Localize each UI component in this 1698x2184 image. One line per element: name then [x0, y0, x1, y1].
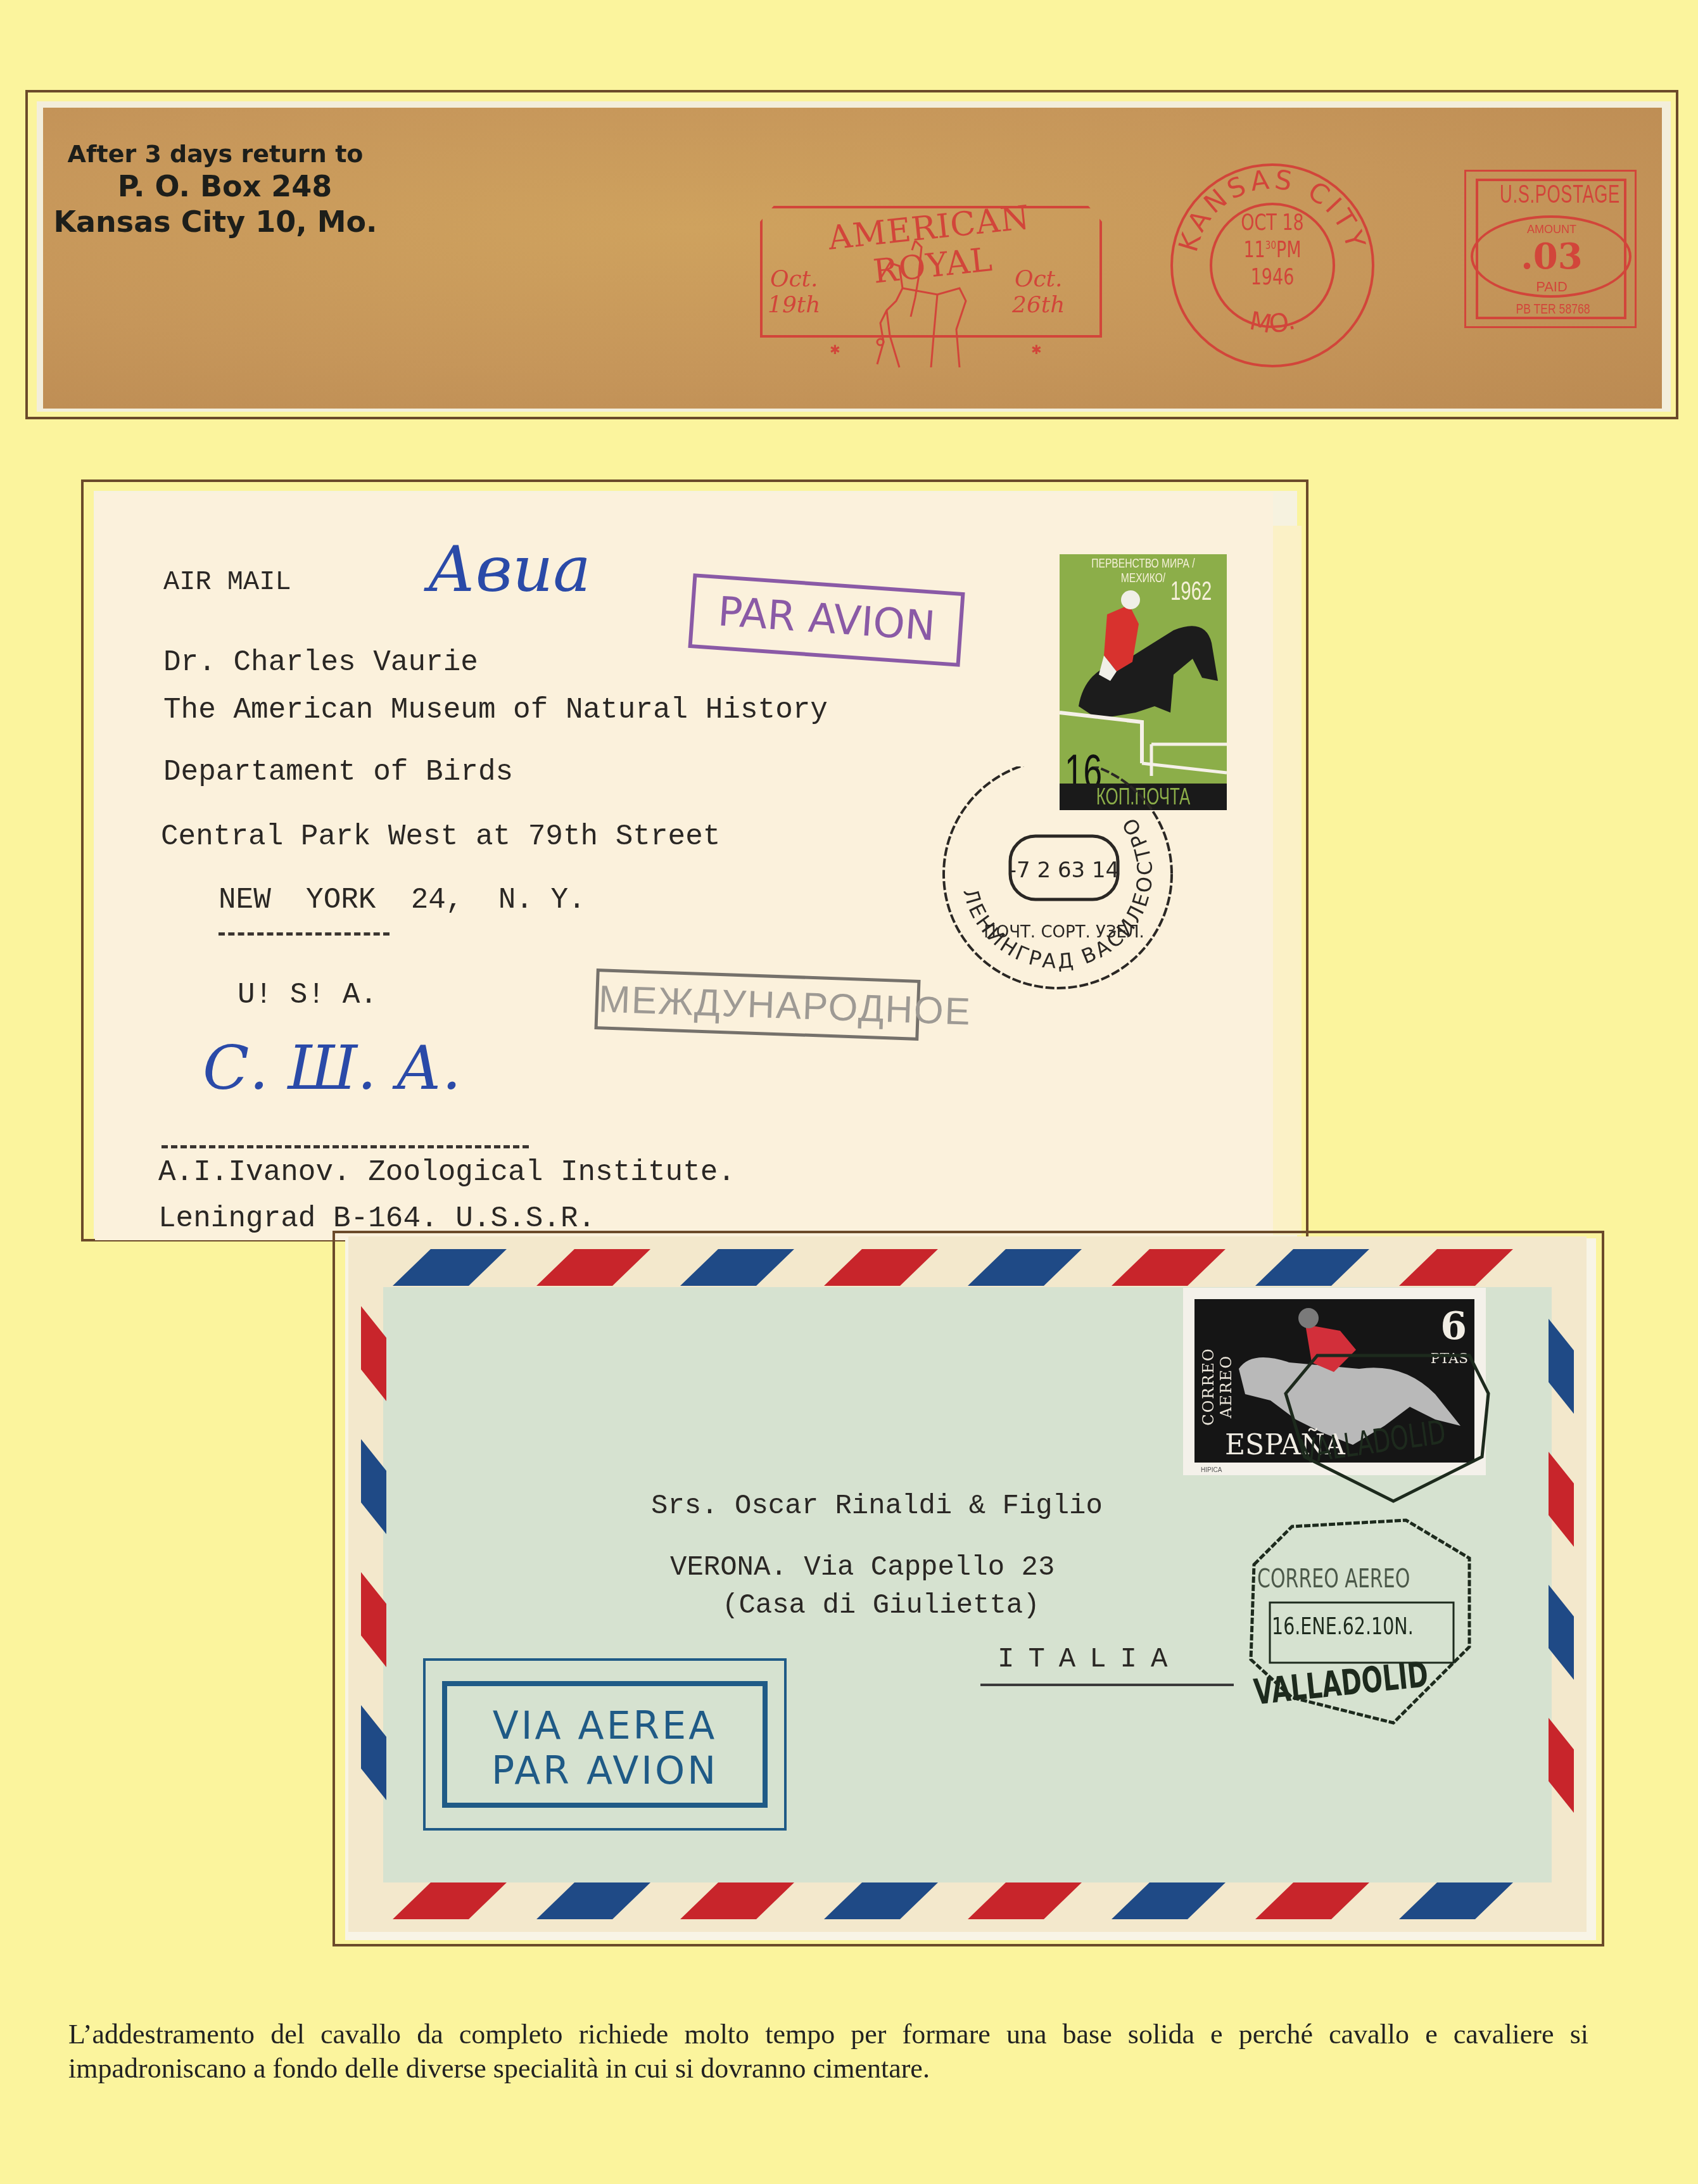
slogan-start-date: Oct. 19th: [768, 266, 820, 319]
star-icon: ✱: [830, 342, 840, 358]
recipient-line: NEW YORK 24, N. Y.: [219, 884, 586, 917]
meter-permit-number: PB TER 58768: [1494, 301, 1612, 317]
typed-underline: [219, 932, 390, 936]
postmark-hour: 11: [1243, 237, 1265, 263]
postmark-time: 1130PM: [1226, 236, 1320, 263]
page-caption: L’addestramento del cavallo da completo …: [68, 2017, 1588, 2085]
horse-and-rider-icon: [842, 241, 1007, 374]
postmark-date: 16.ENE.62.10N.: [1272, 1612, 1414, 1640]
slogan-date-month: Oct.: [1012, 266, 1065, 292]
slogan-end-date: Oct. 26th: [1012, 266, 1065, 319]
air-mail-label: AIR MAIL: [163, 567, 291, 597]
via-aerea-text: VIA AEREA: [442, 1704, 768, 1749]
recipient-line: Dr. Charles Vaurie: [163, 646, 478, 679]
slogan-date-day: 26th: [1012, 292, 1065, 318]
svg-text:MO.: MO.: [1247, 306, 1298, 339]
star-icon: ✱: [1031, 342, 1042, 358]
mount-flap: [1273, 526, 1302, 1235]
recipient-country: U! S! A.: [238, 979, 377, 1012]
sender-line: A.I.Ivanov. Zoological Institute.: [158, 1156, 735, 1189]
international-cachet: МЕЖДУНАРОДНОЕ: [594, 968, 920, 1041]
postmark-minutes: 30: [1265, 239, 1276, 252]
handwritten-avia: Авиа: [428, 532, 591, 606]
return-address: After 3 days return to P. O. Box 248 Kan…: [51, 139, 380, 240]
postmark-ampm: PM: [1276, 237, 1302, 263]
recipient-line: Srs. Oscar Rinaldi & Figlio: [651, 1490, 1103, 1522]
meter-title: U.S.POSTAGE: [1500, 181, 1602, 209]
par-avion-text: PAR AVION: [442, 1749, 768, 1794]
stamp-currency: PTAS: [1431, 1351, 1468, 1367]
slogan-date-day: 19th: [768, 292, 820, 318]
recipient-line: Central Park West at 79th Street: [161, 820, 720, 853]
meter-paid-label: PAID: [1507, 279, 1596, 295]
postmark-top-text: CORREO AEREO: [1257, 1565, 1410, 1594]
recipient-country: ITALIA: [998, 1644, 1181, 1675]
svg-text:ПОЧТ. СОРТ. УЗЕЛ.: ПОЧТ. СОРТ. УЗЕЛ.: [984, 923, 1144, 942]
svg-text:-7 2 63 14: -7 2 63 14: [1009, 858, 1119, 883]
slogan-date-month: Oct.: [768, 266, 820, 292]
typed-divider: [162, 1145, 529, 1148]
postmark-year: 1946: [1226, 263, 1320, 291]
leningrad-postmark: ЛЕНИНГРАД ВАСИЛЕОСТРОВСКИЙ -7 2 63 14 ПО…: [925, 766, 1191, 994]
recipient-line: The American Museum of Natural History: [163, 694, 828, 727]
via-aerea-label: VIA AEREA PAR AVION: [442, 1704, 768, 1794]
recipient-line: Departament of Birds: [163, 756, 513, 789]
typed-underline: [980, 1684, 1234, 1686]
recipient-line: VERONA. Via Cappello 23: [670, 1552, 1055, 1584]
stamp-designer: HIPICA: [1201, 1467, 1222, 1474]
stamp-value: 6: [1440, 1304, 1467, 1349]
return-address-line: After 3 days return to: [51, 139, 380, 168]
return-address-line: P. O. Box 248: [51, 168, 380, 204]
recipient-line: (Casa di Giulietta): [722, 1590, 1040, 1622]
meter-amount: .03: [1501, 236, 1602, 277]
postmark-date: OCT 18 1130PM 1946: [1226, 209, 1320, 291]
postmark-date-day: OCT 18: [1226, 209, 1320, 236]
handwritten-country: С. Ш. А.: [203, 1032, 461, 1103]
meter-amount-label: AMOUNT: [1507, 223, 1596, 236]
return-address-line: Kansas City 10, Mo.: [51, 204, 380, 239]
